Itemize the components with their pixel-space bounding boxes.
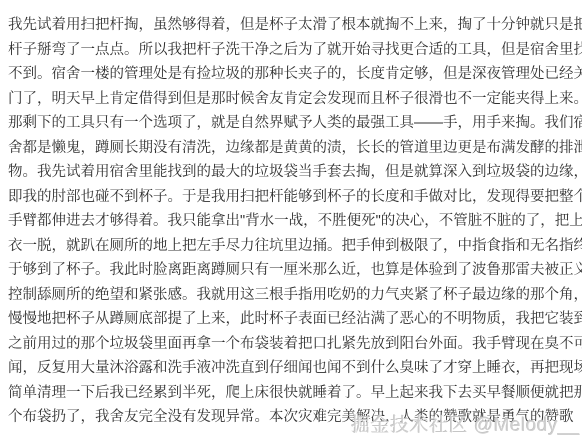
text-line: 控制舔厕所的绝望和紧张感。我就用这三根手指用吃奶的力气夹紧了杯子最边缘的那个角，: [8, 283, 574, 308]
text-line: 闻，反复用大量沐浴露和洗手液冲洗直到仔细闻也闻不到什么臭味了才穿上睡衣，再把现场: [8, 356, 574, 381]
text-line: 于够到了杯子。我此时脸离距离蹲厕只有一厘米那么近，也算是体验到了波鲁那雷夫被正义: [8, 258, 574, 283]
article-text: 我先试着用扫把杆掏，虽然够得着，但是杯子太滑了根本就掏不上来，掏了十分钟就只是把…: [8, 13, 574, 430]
text-line: 即我的肘部也碰不到杯子。于是我用扫把杆能够到杯子的长度和手做对比，发现得要把整个: [8, 185, 574, 210]
text-line: 不到。宿舍一楼的管理处是有捡垃圾的那种长夹子的，长度肯定够，但是深夜管理处已经关: [8, 62, 574, 87]
text-line: 衣一脱，就趴在厕所的地上把左手尽力往坑里边捅。把手伸到极限了，中指食指和无名指终: [8, 234, 574, 259]
text-line: 简单清理一下后我已经累到半死，爬上床很快就睡着了。早上起来我下去买早餐顺便就把那: [8, 381, 574, 406]
text-line: 舍都是懒鬼，蹲厕长期没有清洗，边缘都是黄黄的渍，长长的管道里边更是布满发酵的排泄: [8, 136, 574, 161]
text-line: 物。我先试着用宿舍里能找到的最大的垃圾袋当手套去掏，但是就算深入到垃圾袋的边缘，: [8, 160, 574, 185]
text-line: 之前用过的那个垃圾袋里面再拿一个布袋装着把口扎紧先放到阳台外面。我手臂现在臭不可: [8, 332, 574, 357]
text-line: 杆子掰弯了一点点。所以我把杆子洗干净之后为了就开始寻找更合适的工具，但是宿舍里找: [8, 38, 574, 63]
text-line: 慢慢地把杯子从蹲厕底部提了上来，此时杯子表面已经沾满了恶心的不明物质，我把它装到: [8, 307, 574, 332]
text-line: 个布袋扔了，我舍友完全没有发现异常。本次灾难完美解决，人类的赞歌就是勇气的赞歌: [8, 405, 574, 430]
text-line: 手臂都伸进去才够得着。我只能拿出"背水一战，不胜便死"的决心，不管脏不脏的了，把…: [8, 209, 574, 234]
text-line: 门了，明天早上肯定借得到但是那时候舍友肯定会发现而且杯子很滑也不一定能夹得上来。: [8, 87, 574, 112]
text-line: 那剩下的工具只有一个选项了，就是自然界赋予人类的最强工具——手，用手来掏。我们宿: [8, 111, 574, 136]
text-line: 我先试着用扫把杆掏，虽然够得着，但是杯子太滑了根本就掏不上来，掏了十分钟就只是把: [8, 13, 574, 38]
